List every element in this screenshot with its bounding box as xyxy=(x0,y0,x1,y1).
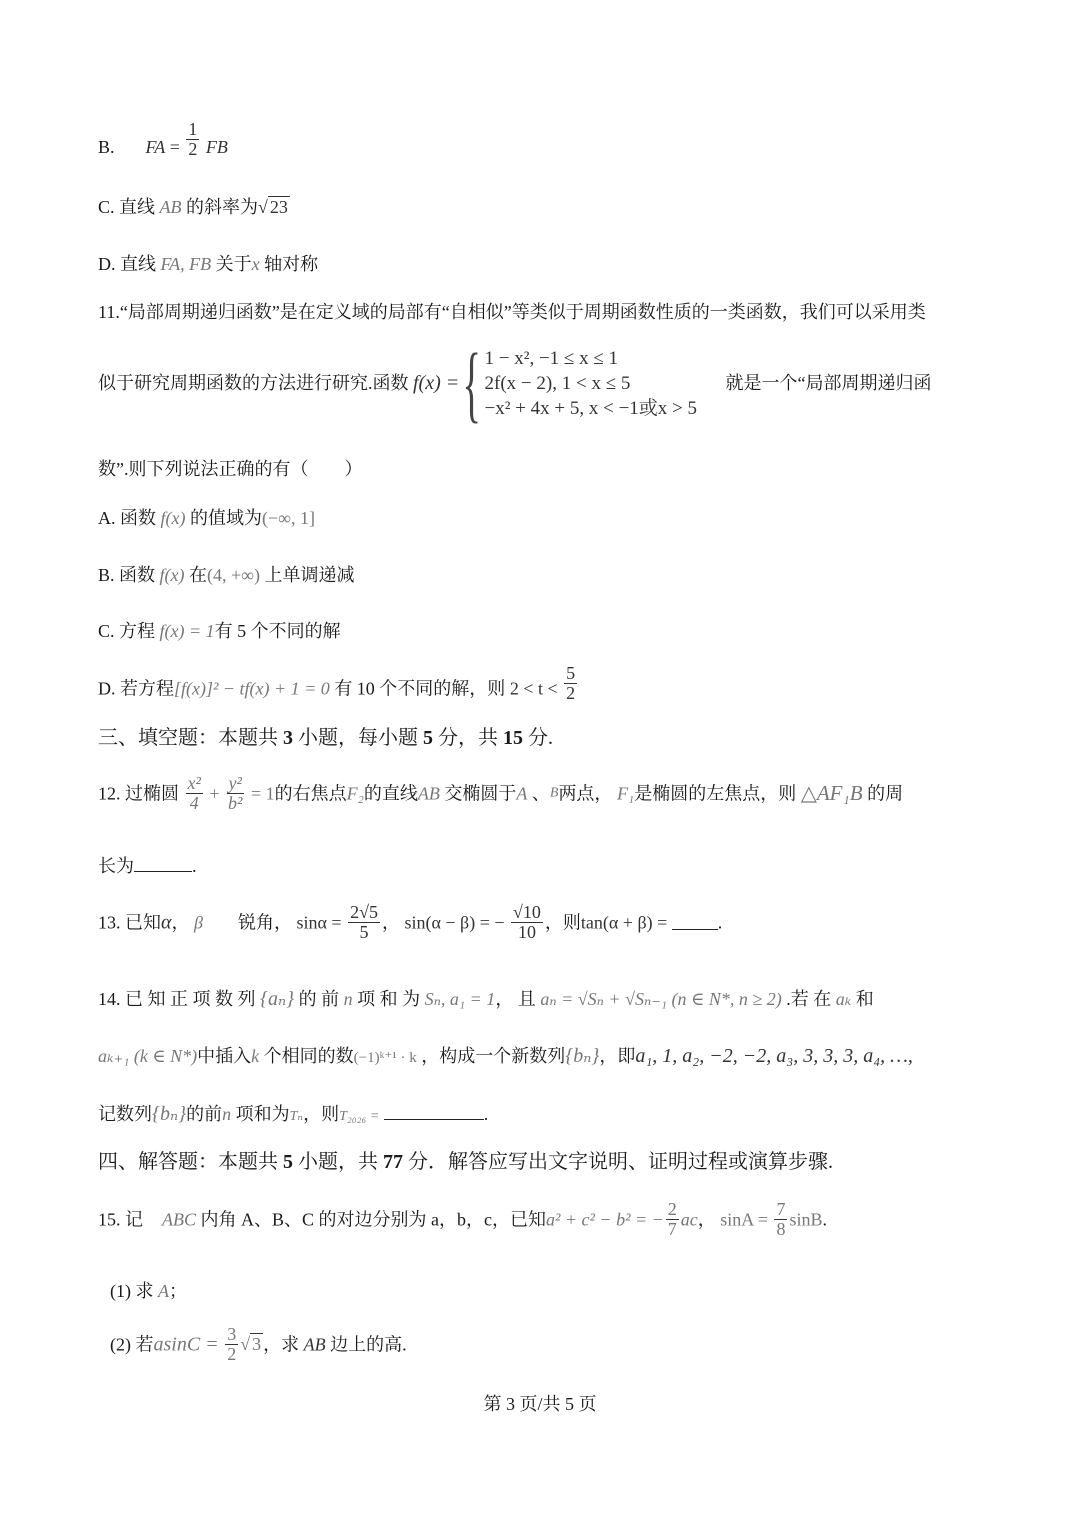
left-brace: { xyxy=(463,340,482,426)
q13: 13. 已知α， β 锐角， sinα = 2√5 5 ， sin(α − β)… xyxy=(98,903,722,942)
sqrt: √23 xyxy=(258,198,290,216)
fraction: 5 2 xyxy=(564,664,577,703)
q10-option-d: D. 直线 FA, FB 关于x 轴对称 xyxy=(98,255,318,273)
section-3-heading: 三、填空题：本题共 3 小题，每小题 5 分，共 15 分. xyxy=(98,728,553,748)
answer-blank[interactable] xyxy=(134,857,192,872)
q14-line1: 14. 已 知 正 项 数 列 {aₙ} 的 前 n 项 和 为 Sₙ, a₁ … xyxy=(98,989,874,1009)
cases: 1 − x², −1 ≤ x ≤ 1 2f(x − 2), 1 < x ≤ 5 … xyxy=(485,349,698,418)
q14-line2: aₖ₊₁ (k ∈ N*)中插入k 个相同的数(−1)ᵏ⁺¹ · k ，构成一个… xyxy=(98,1046,913,1066)
fraction: 1 2 xyxy=(186,120,199,159)
q11-option-c: C. 方程 f(x) = 1有 5 个不同的解 xyxy=(98,622,341,640)
q10-option-c: C. 直线 AB 的斜率为√23 xyxy=(98,198,290,216)
piecewise-function: f(x) = { 1 − x², −1 ≤ x ≤ 1 2f(x − 2), 1… xyxy=(413,340,697,426)
fraction: √10 10 xyxy=(511,903,543,942)
section-4-heading: 四、解答题：本题共 5 小题，共 77 分．解答应写出文字说明、证明过程或演算步… xyxy=(98,1152,833,1172)
q11-stem-line1: 11.“局部周期递归函数”是在定义域的局部有“自相似”等类似于周期函数性质的一类… xyxy=(98,303,926,321)
option-label: B. xyxy=(98,137,115,157)
q14-line3: 记数列{bₙ}的前n 项和为Tₙ，则T₂₀₂₆ = . xyxy=(98,1104,488,1124)
q12-line2: 长为. xyxy=(98,857,197,875)
vector-fb: FB xyxy=(206,137,228,157)
answer-blank[interactable] xyxy=(384,1105,484,1120)
q11-option-b: B. 函数 f(x) 在(4, +∞) 上单调递减 xyxy=(98,566,354,584)
sqrt: √3 xyxy=(240,1335,263,1353)
q11-stem-line2: 似于研究周期函数的方法进行研究.函数 f(x) = { 1 − x², −1 ≤… xyxy=(98,340,932,426)
fraction: 2 7 xyxy=(666,1200,679,1239)
q10-option-b: B. FA = 1 2 FB xyxy=(98,138,228,159)
vector-fa: FA xyxy=(146,137,166,157)
q15-part-1: (1) 求 A； xyxy=(110,1282,187,1300)
q11-option-a: A. 函数 f(x) 的值域为(−∞, 1] xyxy=(98,509,315,527)
q15-stem: 15. 记 ABC 内角 A、B、C 的对边分别为 a，b，c，已知a² + c… xyxy=(98,1200,827,1239)
q15-part-2: (2) 若asinC = 3 2 √3，求 AB 边上的高. xyxy=(110,1325,407,1364)
fraction: x² 4 xyxy=(186,774,203,813)
q11-stem-line3: 数”.则下列说法正确的有（ ） xyxy=(98,460,363,478)
page-footer: 第 3 页/共 5 页 xyxy=(0,1390,1080,1416)
q11-option-d: D. 若方程[f(x)]² − tf(x) + 1 = 0 有 10 个不同的解… xyxy=(98,678,579,703)
answer-blank[interactable] xyxy=(672,915,718,930)
fraction: 3 2 xyxy=(225,1325,238,1364)
fraction: 7 8 xyxy=(774,1200,787,1239)
fraction: y² b² xyxy=(226,774,244,813)
q12-line1: 12. 过椭圆 x² 4 + y² b² = 1的右焦点F₂的直线AB 交椭圆于… xyxy=(98,774,903,813)
fraction: 2√5 5 xyxy=(348,903,380,942)
